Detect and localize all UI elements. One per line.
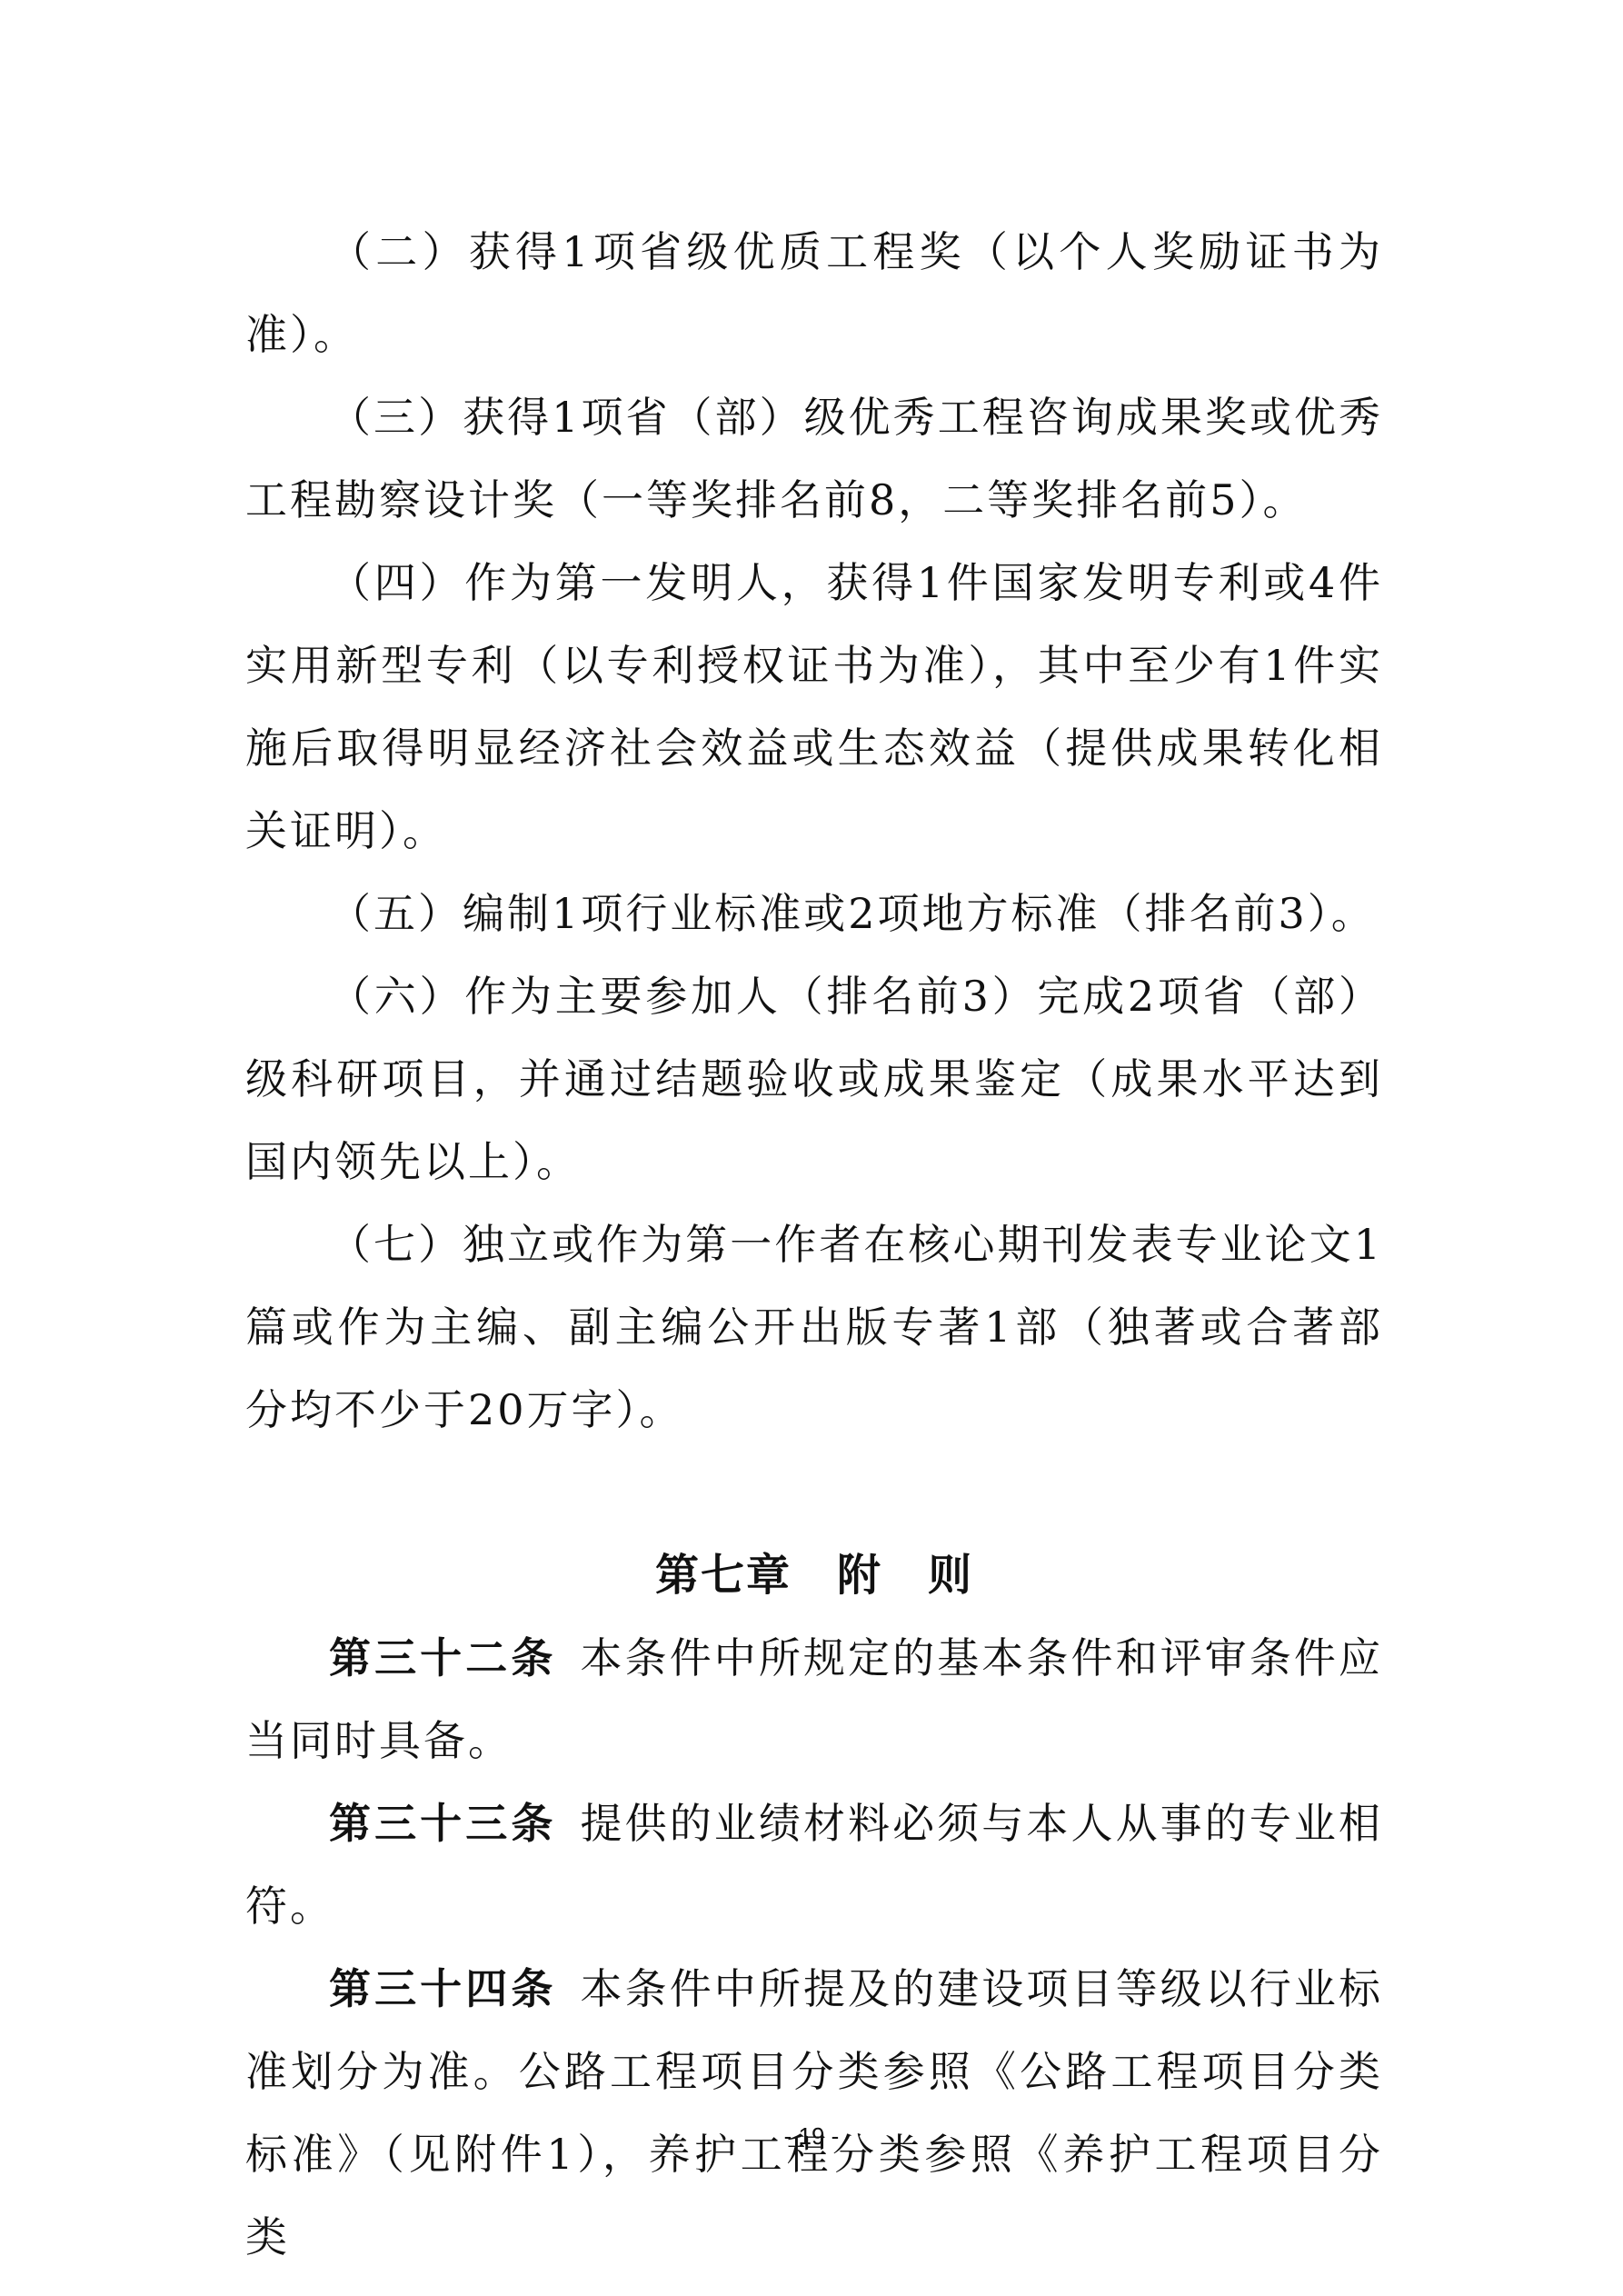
criteria-item-6: （六）作为主要参加人（排名前3）完成2项省（部）级科研项目，并通过结题验收或成果…	[245, 955, 1383, 1203]
criteria-item-2: （二）获得1项省级优质工程奖（以个人奖励证书为准）。	[245, 211, 1383, 376]
criteria-item-4: （四）作为第一发明人，获得1件国家发明专利或4件实用新型专利（以专利授权证书为准…	[245, 542, 1383, 873]
article-label: 第三十三条	[329, 1799, 556, 1848]
article-34: 第三十四条 本条件中所提及的建设项目等级以行业标准划分为准。公路工程项目分类参照…	[245, 1948, 1383, 2279]
article-32: 第三十二条 本条件中所规定的基本条件和评审条件应当同时具备。	[245, 1617, 1383, 1782]
article-sep	[556, 1633, 580, 1682]
article-label: 第三十四条	[329, 1964, 556, 2013]
article-sep	[556, 1964, 580, 2013]
document-page: （二）获得1项省级优质工程奖（以个人奖励证书为准）。 （三）获得1项省（部）级优…	[245, 211, 1383, 2279]
criteria-item-7: （七）独立或作为第一作者在核心期刊发表专业论文1篇或作为主编、副主编公开出版专著…	[245, 1203, 1383, 1452]
article-sep	[556, 1799, 580, 1848]
criteria-item-3: （三）获得1项省（部）级优秀工程咨询成果奖或优秀工程勘察设计奖（一等奖排名前8，…	[245, 376, 1383, 542]
article-33: 第三十三条 提供的业绩材料必须与本人从事的专业相符。	[245, 1782, 1383, 1948]
page-number: - 19 -	[0, 2122, 1623, 2151]
chapter-title: 第七章 附 则	[245, 1534, 1383, 1617]
criteria-item-5: （五）编制1项行业标准或2项地方标准（排名前3）。	[245, 873, 1383, 955]
article-label: 第三十二条	[329, 1633, 556, 1682]
